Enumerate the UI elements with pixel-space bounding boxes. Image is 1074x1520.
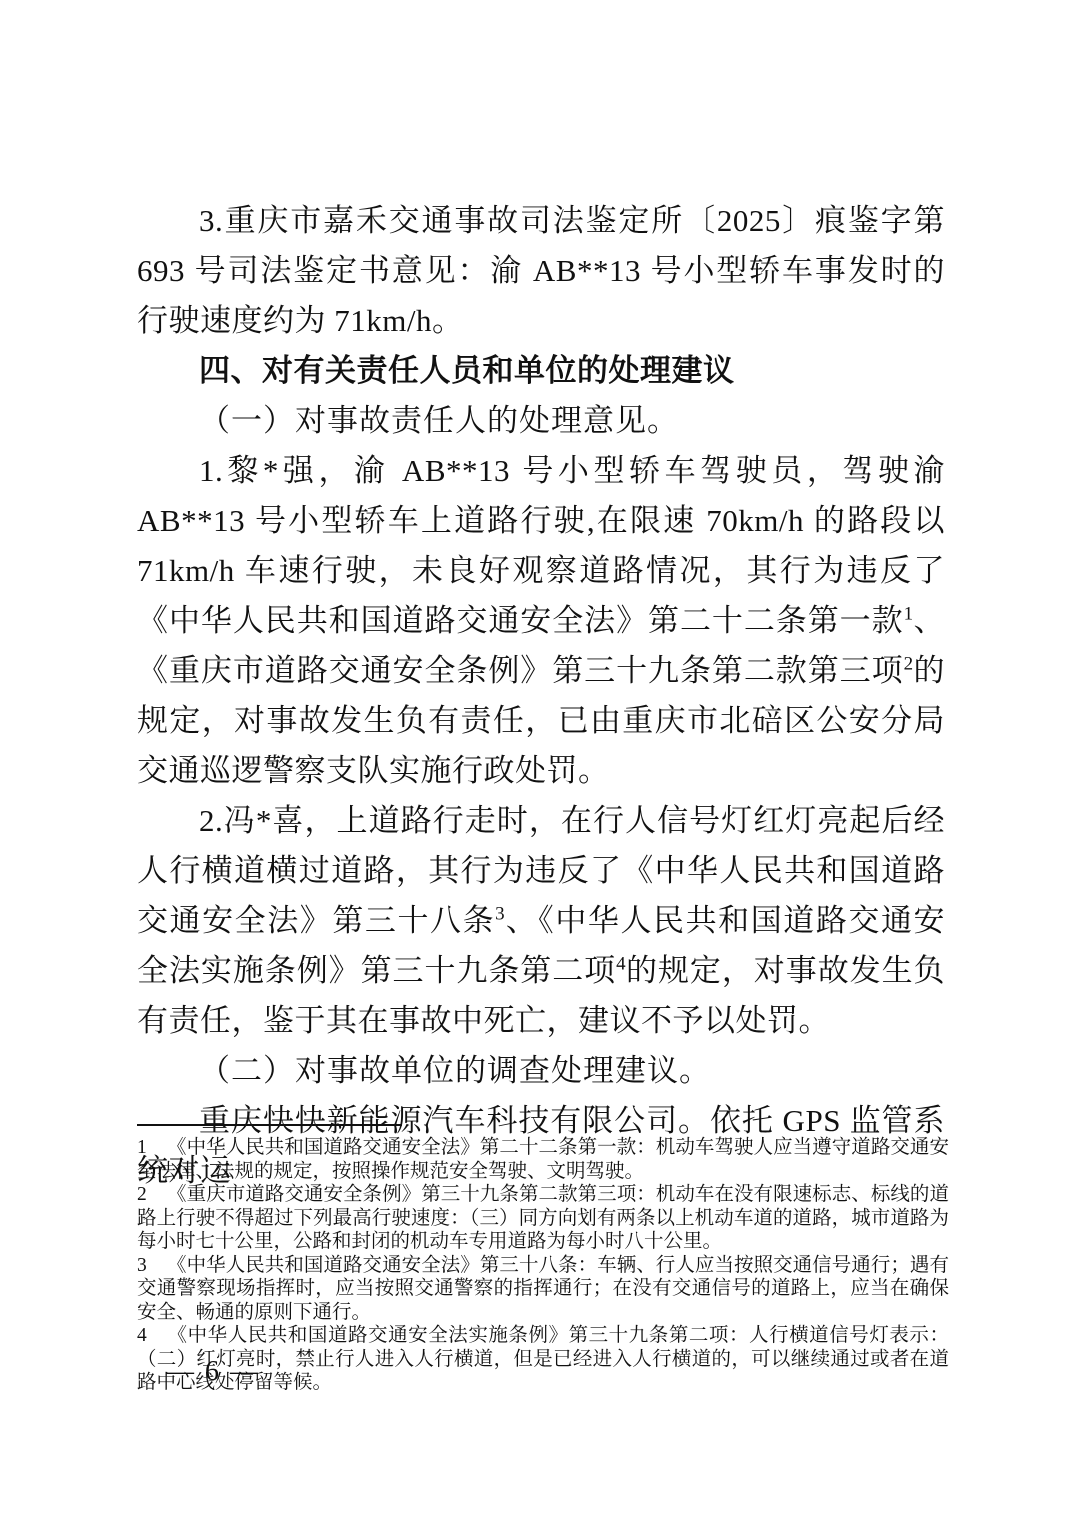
footnote-separator-rule — [137, 1124, 402, 1126]
document-page: 3.重庆市嘉禾交通事故司法鉴定所〔2025〕痕鉴字第 693 号司法鉴定书意见：… — [0, 0, 1074, 1520]
footnotes-section: 1《中华人民共和国道路交通安全法》第二十二条第一款：机动车驾驶人应当遵守道路交通… — [137, 1124, 949, 1395]
paragraph-person-1: 1.黎*强，渝 AB**13 号小型轿车驾驶员，驾驶渝 AB**13 号小型轿车… — [137, 446, 945, 796]
paragraph-appraisal-opinion: 3.重庆市嘉禾交通事故司法鉴定所〔2025〕痕鉴字第 693 号司法鉴定书意见：… — [137, 196, 945, 346]
section-heading-4: 四、对有关责任人员和单位的处理建议 — [137, 346, 945, 396]
footnote-ref-4: 4 — [616, 954, 626, 975]
footnote-2: 2《重庆市道路交通安全条例》第三十九条第二款第三项：机动车在没有限速标志、标线的… — [137, 1183, 949, 1254]
subsection-heading-1: （一）对事故责任人的处理意见。 — [137, 396, 945, 446]
footnote-ref-1: 1 — [904, 604, 914, 625]
footnote-ref-2: 2 — [904, 654, 914, 675]
subsection-heading-2: （二）对事故单位的调查处理建议。 — [137, 1046, 945, 1096]
paragraph-person-2: 2.冯*喜，上道路行走时，在行人信号灯红灯亮起后经人行横道横过道路，其行为违反了… — [137, 796, 945, 1046]
footnote-1: 1《中华人民共和国道路交通安全法》第二十二条第一款：机动车驾驶人应当遵守道路交通… — [137, 1136, 949, 1183]
footnote-ref-3: 3 — [495, 904, 505, 925]
footnote-3-number: 3 — [137, 1254, 167, 1278]
footnote-4-number: 4 — [137, 1324, 167, 1348]
paragraph-person-1-text: 1.黎*强，渝 AB**13 号小型轿车驾驶员，驾驶渝 AB**13 号小型轿车… — [137, 453, 945, 638]
footnote-1-number: 1 — [137, 1136, 167, 1160]
footnote-2-text: 《重庆市道路交通安全条例》第三十九条第二款第三项：机动车在没有限速标志、标线的道… — [137, 1184, 949, 1252]
footnote-2-number: 2 — [137, 1183, 167, 1207]
page-number: — 6 — — [166, 1356, 260, 1388]
footnote-3-text: 《中华人民共和国道路交通安全法》第三十八条：车辆、行人应当按照交通信号通行；遇有… — [137, 1255, 949, 1323]
footnote-1-text: 《中华人民共和国道路交通安全法》第二十二条第一款：机动车驾驶人应当遵守道路交通安… — [137, 1137, 949, 1182]
footnote-3: 3《中华人民共和国道路交通安全法》第三十八条：车辆、行人应当按照交通信号通行；遇… — [137, 1254, 949, 1325]
document-body: 3.重庆市嘉禾交通事故司法鉴定所〔2025〕痕鉴字第 693 号司法鉴定书意见：… — [137, 196, 945, 1196]
